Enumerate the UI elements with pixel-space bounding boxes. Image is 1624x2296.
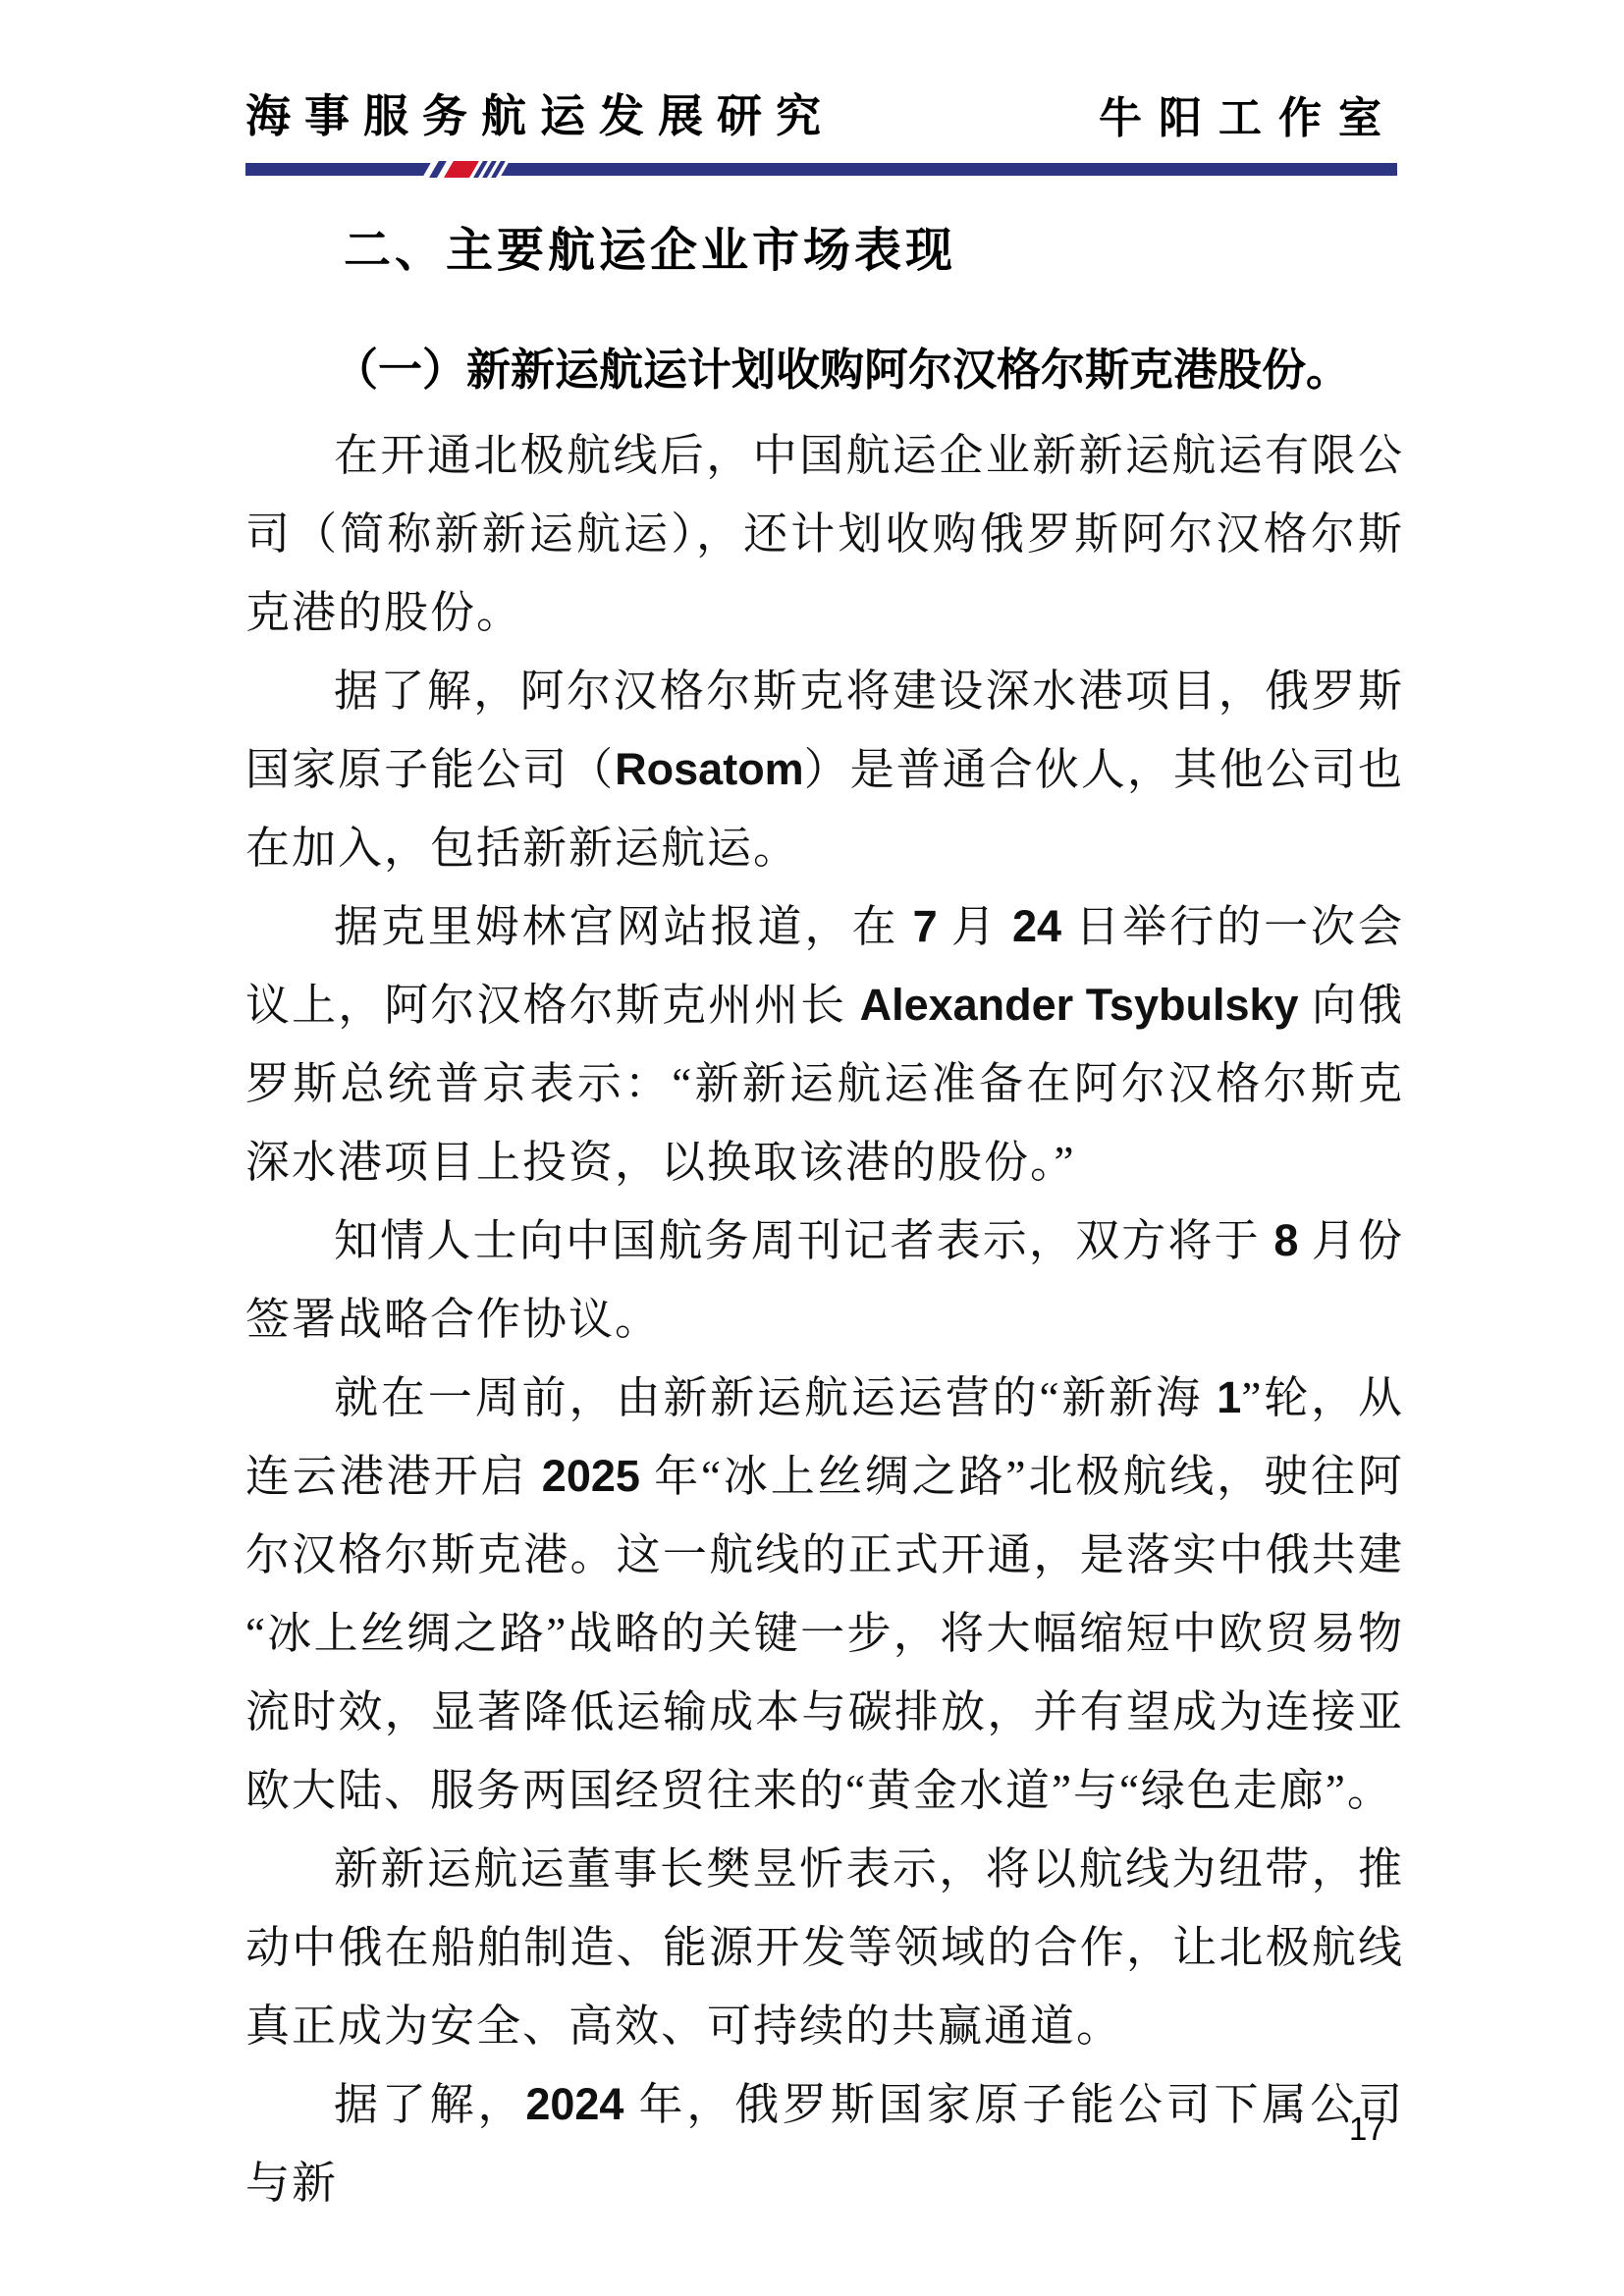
latin-text: 7: [913, 901, 938, 951]
cjk-text: 知情人士向中国航务周刊记者表示，双方将于: [334, 1216, 1273, 1265]
document-body: 二、主要航运企业市场表现 （一）新新运航运计划收购阿尔汉格尔斯克港股份。 在开通…: [245, 177, 1404, 2222]
cjk-text: 在开通北极航线后，中国航运企业新新运航运有限公司（简称新新运航运），还计划收购俄…: [245, 431, 1404, 637]
header-rule-decoration: [427, 161, 505, 178]
header-rule: [245, 163, 1397, 176]
paragraph: 新新运航运董事长樊昱忻表示，将以航线为纽带，推动中俄在船舶制造、能源开发等领域的…: [245, 1830, 1404, 2065]
header-right-title: 牛阳工作室: [1099, 90, 1398, 147]
paragraph: 就在一周前，由新新运航运运营的“新新海 1”轮，从连云港港开启 2025 年“冰…: [245, 1359, 1404, 1830]
cjk-text: 就在一周前，由新新运航运运营的“新新海: [334, 1373, 1217, 1422]
cjk-text: 据了解，: [334, 2080, 525, 2129]
paragraph: 在开通北极航线后，中国航运企业新新运航运有限公司（简称新新运航运），还计划收购俄…: [245, 416, 1404, 652]
latin-text: 2024: [525, 2079, 623, 2129]
paragraph: 据了解，阿尔汉格尔斯克将建设深水港项目，俄罗斯国家原子能公司（Rosatom）是…: [245, 652, 1404, 887]
header-left-title: 海事服务航运发展研究: [245, 86, 835, 145]
paragraph: 知情人士向中国航务周刊记者表示，双方将于 8 月份签署战略合作协议。: [245, 1201, 1404, 1359]
paragraph: 据了解，2024 年，俄罗斯国家原子能公司下属公司与新: [245, 2065, 1404, 2222]
page-number: 17: [1349, 2110, 1385, 2148]
cjk-text: 据克里姆林宫网站报道，在: [334, 902, 913, 951]
paragraph: 据克里姆林宫网站报道，在 7 月 24 日举行的一次会议上，阿尔汉格尔斯克州州长…: [245, 887, 1404, 1201]
paragraphs: 在开通北极航线后，中国航运企业新新运航运有限公司（简称新新运航运），还计划收购俄…: [245, 416, 1404, 2222]
latin-text: Rosatom: [615, 744, 804, 794]
document-page: 海事服务航运发展研究 牛阳工作室 二、主要航运企业市场表现 （一）新新运航运计划…: [0, 0, 1624, 2296]
latin-text: 24: [1012, 901, 1061, 951]
cjk-text: 年“冰上丝绸之路”北极航线，驶往阿尔汉格尔斯克港。这一航线的正式开通，是落实中俄…: [245, 1452, 1404, 1815]
latin-text: Alexander Tsybulsky: [860, 980, 1299, 1030]
latin-text: 1: [1217, 1372, 1241, 1422]
cjk-text: 新新运航运董事长樊昱忻表示，将以航线为纽带，推动中俄在船舶制造、能源开发等领域的…: [245, 1844, 1404, 2051]
cjk-text: 月: [938, 902, 1012, 951]
latin-text: 2025: [542, 1451, 640, 1501]
section-heading: 二、主要航运企业市场表现: [245, 222, 1404, 281]
latin-text: 8: [1273, 1215, 1298, 1265]
subsection-heading: （一）新新运航运计划收购阿尔汉格尔斯克港股份。: [245, 340, 1404, 400]
